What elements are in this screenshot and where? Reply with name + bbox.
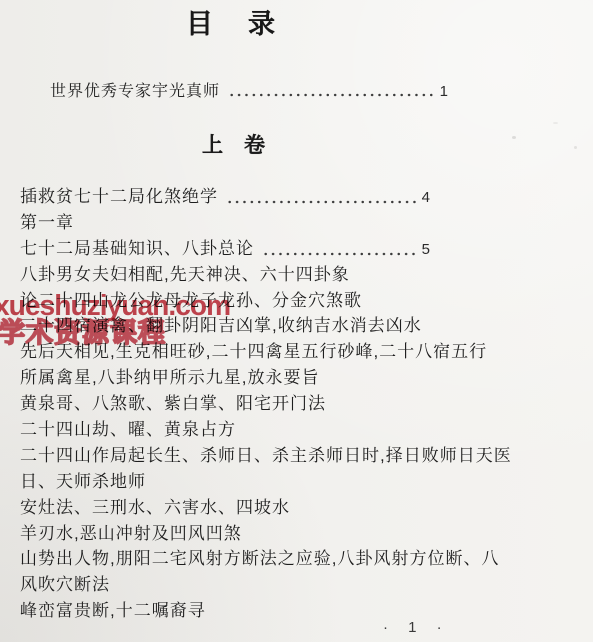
toc-entry-text: 峰峦富贵断,十二嘱裔寻 [20, 596, 206, 621]
toc-entry-text: 黄泉哥、八煞歌、紫白掌、阳宅开门法 [20, 389, 326, 414]
scanned-book-page: 目 录 世界优秀专家宇光真师 1 上 卷 插救贫七十二局化煞绝学 4 第一章 七… [0, 0, 593, 642]
dot-leader [226, 200, 416, 204]
toc-entry-text: 所属禽星,八卦纳甲所示九星,放永要旨 [20, 363, 319, 388]
toc-entry-page-number: 5 [420, 241, 430, 258]
scan-speck [553, 122, 558, 124]
toc-entry-text: 羊刃水,恶山冲射及凹风凹煞 [20, 519, 242, 544]
front-matter-text: 世界优秀专家宇光真师 [50, 78, 220, 101]
toc-entry-text: 七十二局基础知识、八卦总论 [20, 234, 254, 259]
dot-leader [228, 93, 434, 97]
toc-entry-text: 插救贫七十二局化煞绝学 [20, 182, 218, 207]
scan-speck [512, 136, 516, 139]
toc-entry: 八卦男女夫妇相配,先天神决、六十四卦象 [20, 260, 572, 286]
toc-entry: 黄泉哥、八煞歌、紫白掌、阳宅开门法 [20, 389, 572, 415]
toc-entry: 二十四山劫、曜、黄泉占方 [20, 415, 572, 441]
footer-page-number: · 1 · [383, 619, 450, 636]
toc-entry: 所属禽星,八卦纳甲所示九星,放永要旨 [20, 363, 572, 389]
toc-entry-text: 风吹穴断法 [20, 570, 110, 595]
scan-speck [574, 146, 577, 149]
toc-entry: 日、天师杀地师 [20, 467, 572, 493]
toc-entry: 第一章 [20, 208, 572, 234]
section-heading: 上 卷 [202, 129, 265, 159]
toc-entry: 峰峦富贵断,十二嘱裔寻 [20, 596, 572, 622]
toc-entry-text: 先后天相见,生克相旺砂,二十四禽星五行砂峰,二十八宿五行 [20, 337, 487, 362]
dot-leader [262, 252, 416, 256]
toc-entry: 先后天相见,生克相旺砂,二十四禽星五行砂峰,二十八宿五行 [20, 337, 572, 363]
toc-entry-text: 八卦男女夫妇相配,先天神决、六十四卦象 [20, 260, 350, 285]
toc-entry-page-number: 4 [420, 189, 430, 206]
toc-entry-text: 安灶法、三刑水、六害水、四坡水 [20, 493, 290, 518]
toc-entry-text: 论二十四山龙公龙母龙子龙孙、分金穴煞歌 [20, 286, 362, 311]
front-matter-page-number: 1 [438, 83, 448, 100]
toc-entry-text: 日、天师杀地师 [20, 467, 146, 492]
front-matter-entry: 世界优秀专家宇光真师 1 [50, 78, 448, 101]
toc-entry: 二十四山作局起长生、杀师日、杀主杀师日时,择日败师日天医 [20, 441, 572, 467]
toc-entry: 风吹穴断法 [20, 570, 572, 596]
toc-list: 插救贫七十二局化煞绝学 4 第一章 七十二局基础知识、八卦总论 5 八卦男女夫妇… [20, 182, 572, 622]
toc-entry-text: 二十四宿演禽、翻卦阴阳吉凶掌,收纳吉水消去凶水 [20, 311, 422, 336]
toc-entry-text: 山势出人物,朋阳二宅风射方断法之应验,八卦风射方位断、八 [20, 544, 499, 569]
toc-entry: 插救贫七十二局化煞绝学 4 [20, 182, 430, 208]
toc-entry-text: 第一章 [20, 208, 74, 233]
toc-entry: 论二十四山龙公龙母龙子龙孙、分金穴煞歌 [20, 286, 572, 312]
toc-entry: 安灶法、三刑水、六害水、四坡水 [20, 493, 572, 519]
toc-entry: 七十二局基础知识、八卦总论 5 [20, 234, 430, 260]
page-title: 目 录 [186, 2, 279, 41]
toc-entry-text: 二十四山作局起长生、杀师日、杀主杀师日时,择日败师日天医 [20, 441, 512, 466]
toc-entry-text: 二十四山劫、曜、黄泉占方 [20, 415, 236, 440]
toc-entry: 二十四宿演禽、翻卦阴阳吉凶掌,收纳吉水消去凶水 [20, 311, 572, 337]
toc-entry: 羊刃水,恶山冲射及凹风凹煞 [20, 519, 572, 545]
toc-entry: 山势出人物,朋阳二宅风射方断法之应验,八卦风射方位断、八 [20, 544, 572, 570]
